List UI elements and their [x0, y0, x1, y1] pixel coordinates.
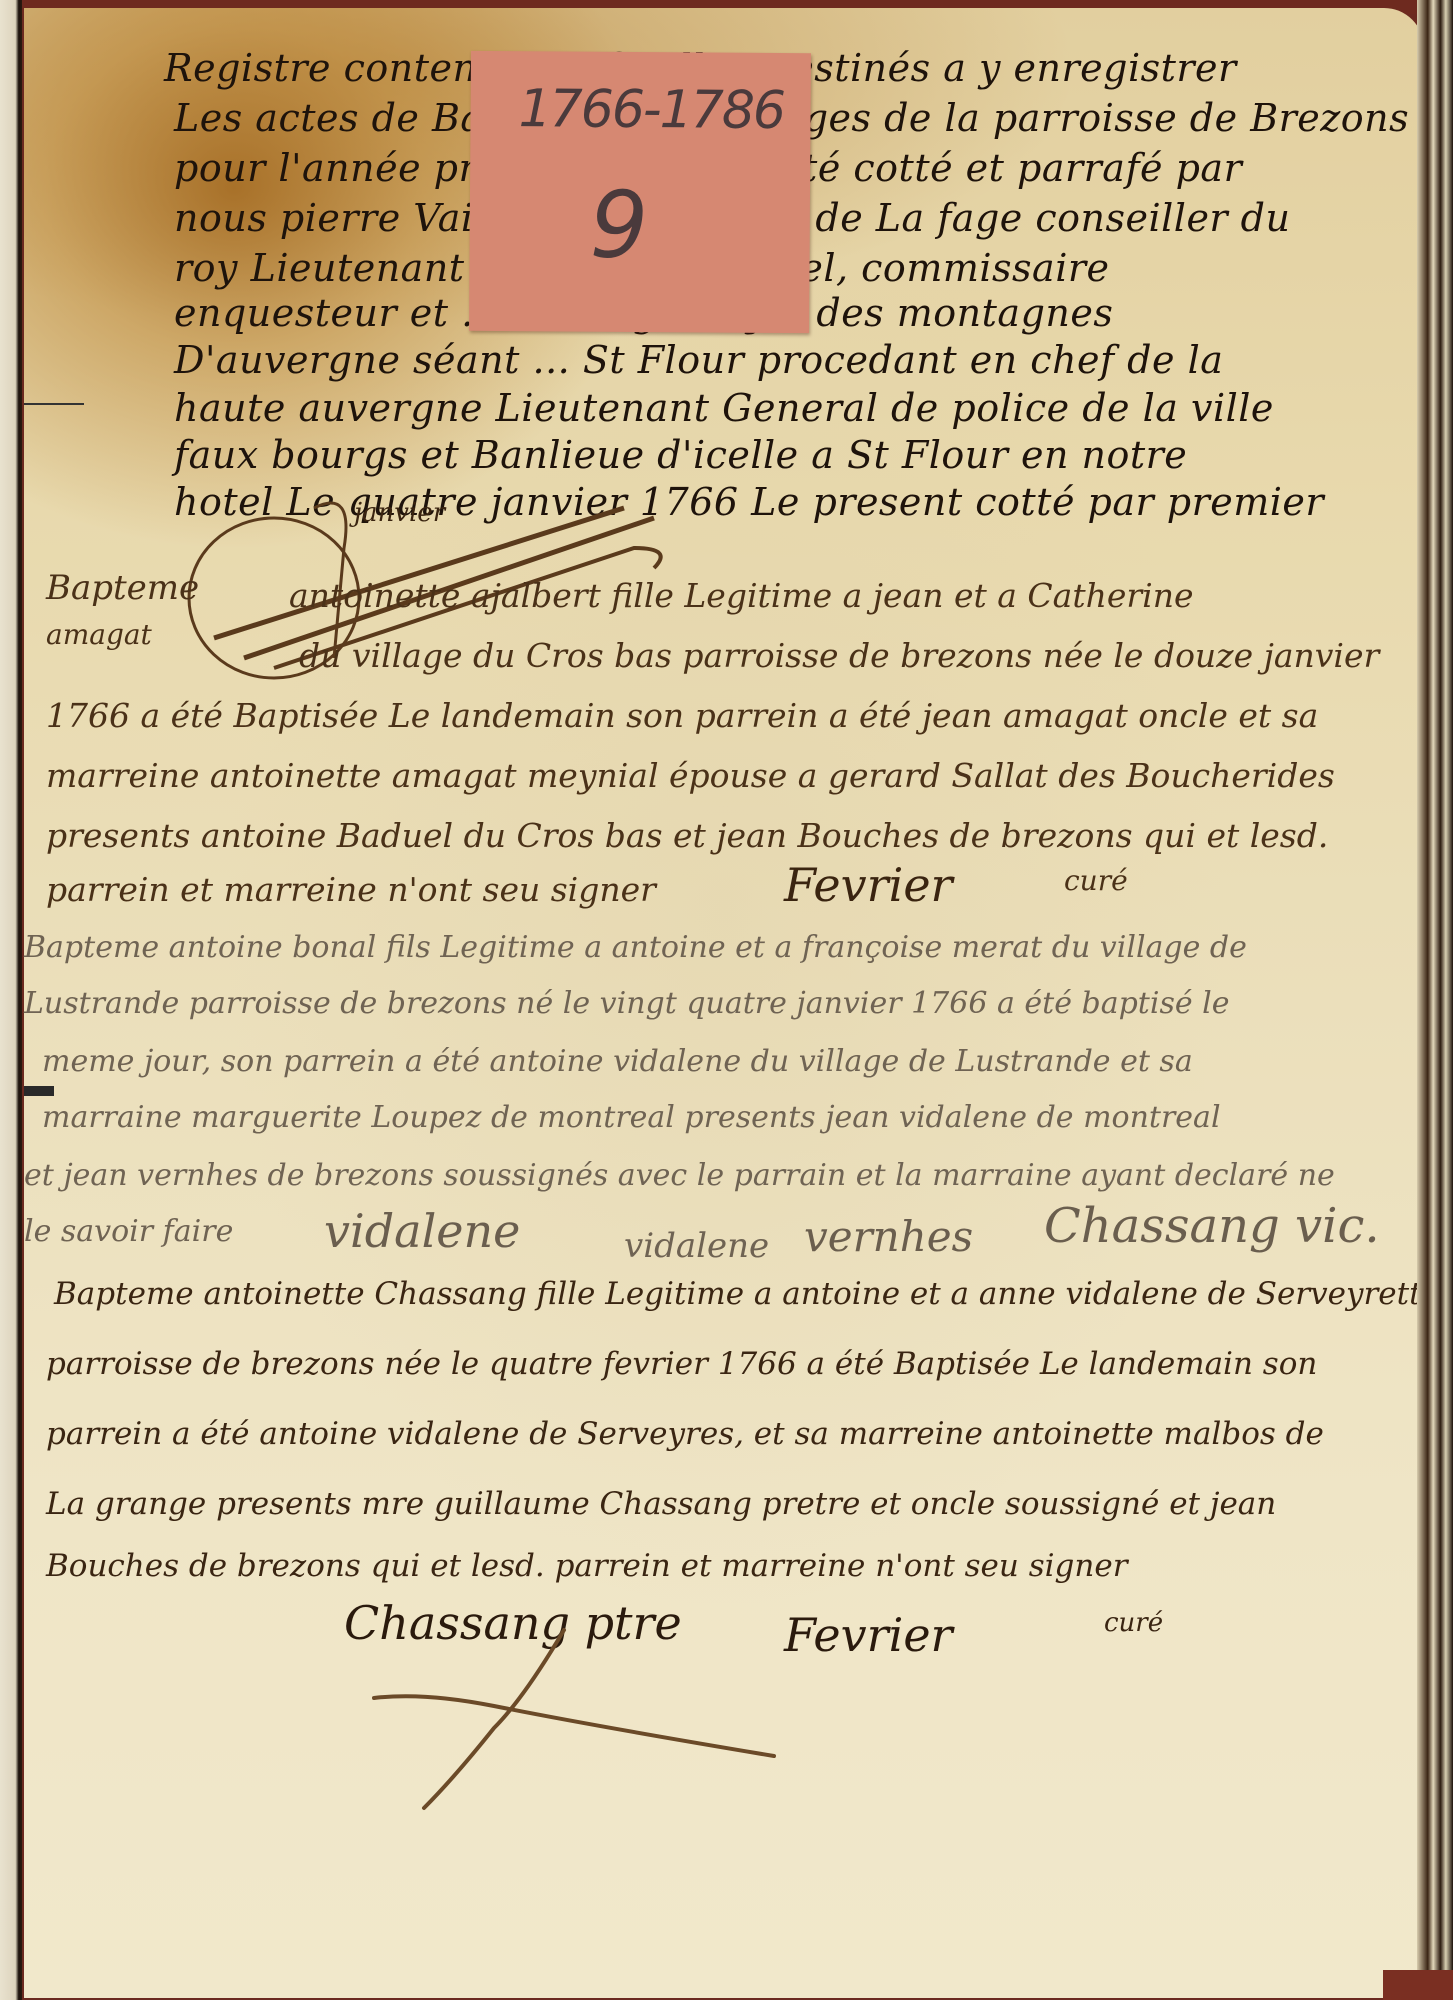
header-line: D'auvergne séant ... St Flour procedant … — [174, 338, 1223, 382]
entry-line: presents antoine Baduel du Cros bas et j… — [46, 816, 1328, 855]
label-volume-number: 9 — [589, 172, 648, 279]
book-left-cover-edge — [0, 0, 22, 2000]
entry-line: Lustrande parroisse de brezons né le vin… — [24, 986, 1229, 1021]
entry-line: parrein a été antoine vidalene de Servey… — [46, 1416, 1324, 1452]
page-block-edge — [1417, 0, 1453, 2000]
vicar-signature: Chassang vic. — [1044, 1198, 1380, 1254]
entry-line: La grange presents mre guillaume Chassan… — [46, 1486, 1276, 1522]
entry-margin-name: amagat — [46, 618, 152, 651]
margin-mark — [24, 403, 84, 405]
entry-line: parroisse de brezons née le quatre fevri… — [46, 1346, 1317, 1382]
binding-corner — [1383, 1970, 1453, 2000]
witness-signature: vidalene — [324, 1204, 520, 1258]
entry-line: marreine antoinette amagat meynial épous… — [46, 756, 1335, 795]
entry-line: 1766 a été Baptisée Le landemain son par… — [46, 696, 1318, 735]
entry-line: Bouches de brezons qui et lesd. parrein … — [46, 1548, 1128, 1584]
entry-line: antoinette ajalbert fille Legitime a jea… — [289, 576, 1194, 615]
signature-title: curé — [1104, 1608, 1163, 1638]
priest-signature: Fevrier — [784, 858, 953, 912]
entry-line: marraine marguerite Loupez de montreal p… — [42, 1100, 1221, 1135]
witness-signature: vidalene — [624, 1226, 769, 1266]
entry-line: Bapteme antoinette Chassang fille Legiti… — [54, 1276, 1453, 1312]
entry-line: meme jour, son parrein a été antoine vid… — [42, 1044, 1193, 1079]
binding-clip-mark — [24, 1086, 54, 1096]
label-date-range: 1766-1786 — [518, 79, 784, 141]
entry-line: du village du Cros bas parroisse de brez… — [299, 636, 1379, 675]
entry-margin-title: Bapteme — [46, 568, 199, 608]
signature-title: curé — [1064, 864, 1128, 897]
header-line: faux bourgs et Banlieue d'icelle a St Fl… — [174, 433, 1187, 477]
witness-signature: vernhes — [804, 1212, 973, 1261]
paraph-word: janvier — [354, 498, 445, 528]
cross-mark-icon — [344, 1618, 844, 1818]
archive-volume-label: 1766-1786 9 — [469, 51, 811, 333]
entry-line: Bapteme antoine bonal fils Legitime a an… — [24, 930, 1247, 965]
entry-line: le savoir faire — [24, 1214, 233, 1249]
entry-line: parrein et marreine n'ont seu signer — [46, 870, 656, 909]
entry-line: et jean vernhes de brezons soussignés av… — [24, 1158, 1335, 1193]
header-line: haute auvergne Lieutenant General de pol… — [174, 386, 1274, 430]
